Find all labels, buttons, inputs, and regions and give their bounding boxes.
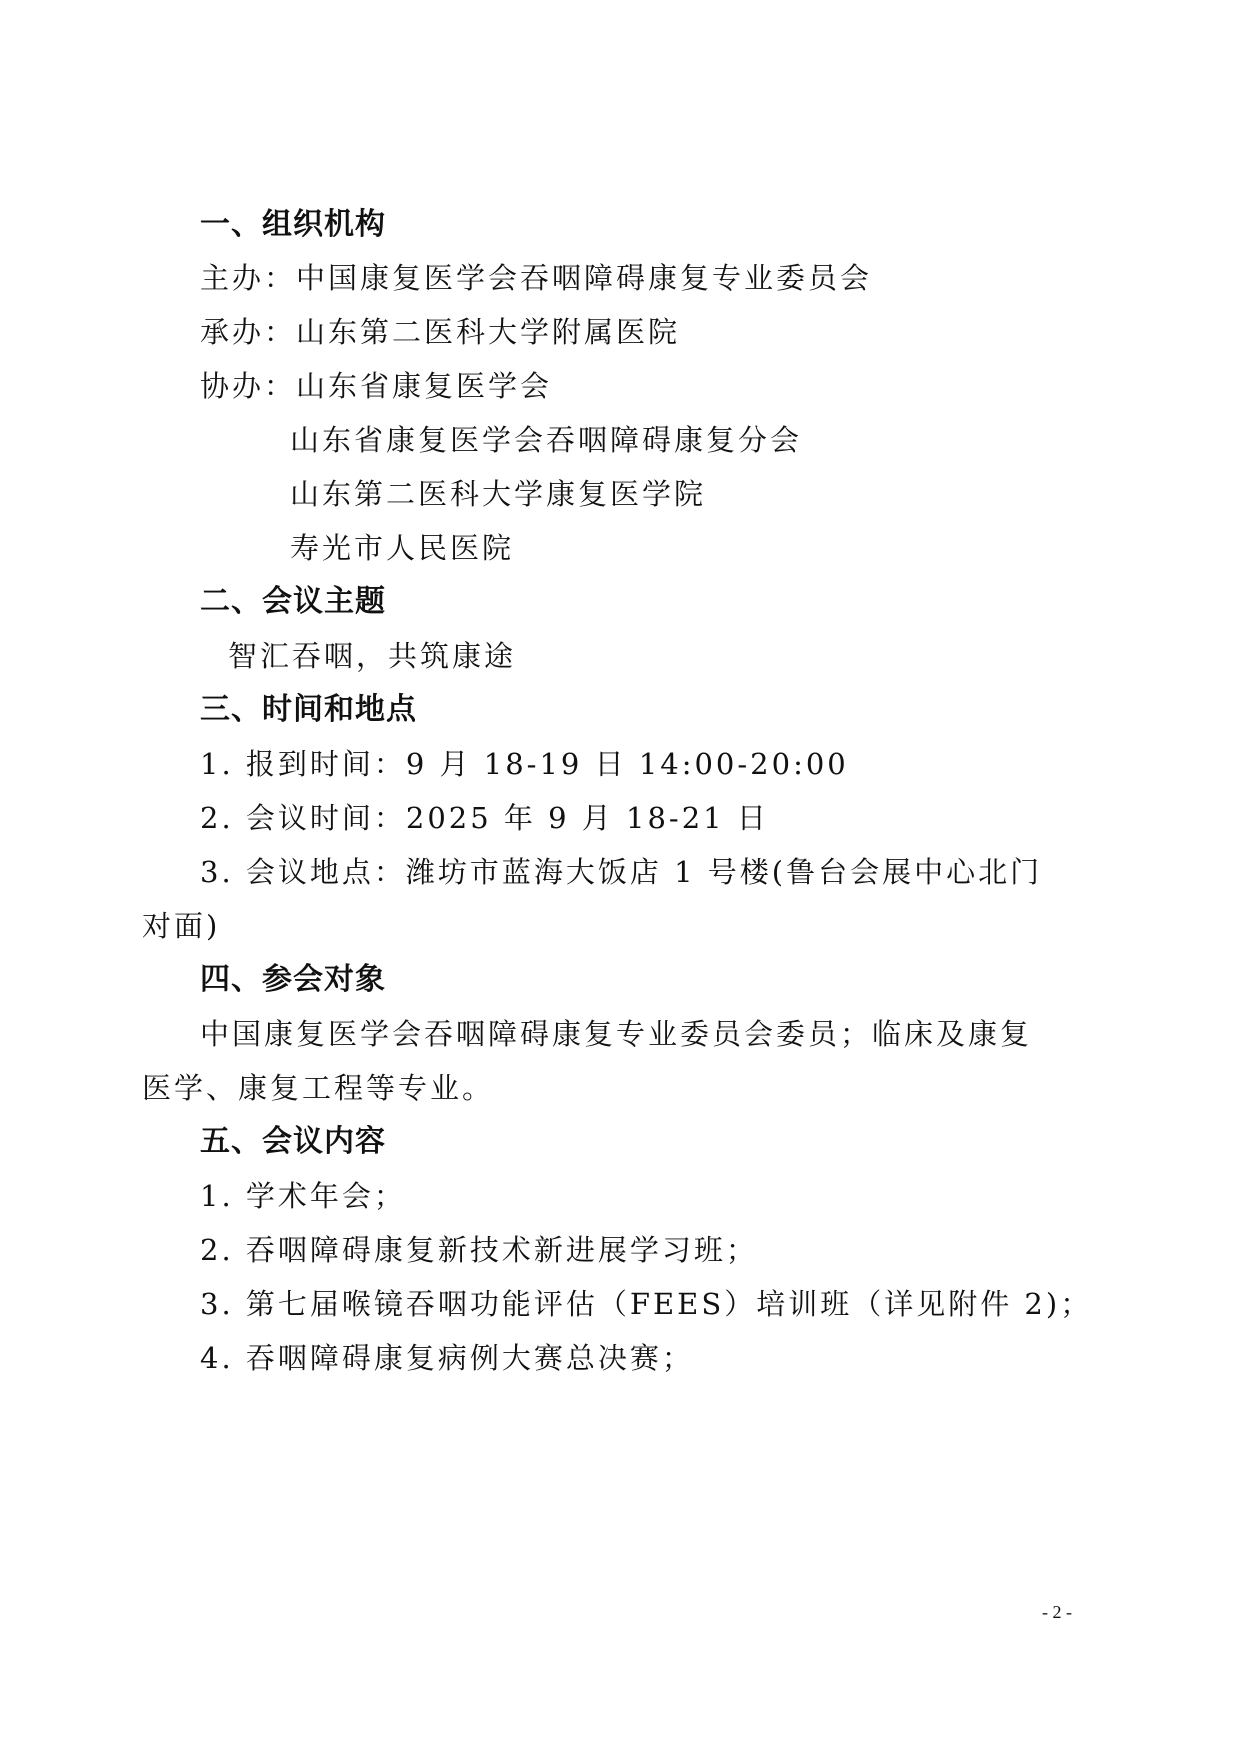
co-organizer-line: 山东第二医科大学康复医学院 xyxy=(290,474,706,514)
meeting-time: 2. 会议时间：2025 年 9 月 18-21 日 xyxy=(200,798,769,838)
meeting-venue: 3. 会议地点：潍坊市蓝海大饭店 1 号楼(鲁台会展中心北门 xyxy=(200,852,1042,892)
attendees-text-cont: 医学、康复工程等专业。 xyxy=(142,1068,494,1108)
attendees-text: 中国康复医学会吞咽障碍康复专业委员会委员；临床及康复 xyxy=(200,1014,1032,1054)
content-item: 4. 吞咽障碍康复病例大赛总决赛； xyxy=(200,1338,694,1378)
content-item: 2. 吞咽障碍康复新技术新进展学习班； xyxy=(200,1230,758,1270)
co-organizer-line: 寿光市人民医院 xyxy=(290,528,514,568)
section-heading-organization: 一、组织机构 xyxy=(200,205,386,245)
registration-time: 1. 报到时间：9 月 18-19 日 14:00-20:00 xyxy=(200,744,849,784)
content-item: 3. 第七届喉镜吞咽功能评估（FEES）培训班（详见附件 2)； xyxy=(200,1284,1092,1324)
co-organizer-line: 山东省康复医学会吞咽障碍康复分会 xyxy=(290,420,802,460)
co-organizer-line: 协办：山东省康复医学会 xyxy=(200,366,552,406)
section-heading-theme: 二、会议主题 xyxy=(200,582,386,622)
section-heading-attendees: 四、参会对象 xyxy=(200,960,386,1000)
section-heading-content: 五、会议内容 xyxy=(200,1122,386,1162)
section-heading-time-place: 三、时间和地点 xyxy=(200,690,417,730)
content-item: 1. 学术年会； xyxy=(200,1176,406,1216)
theme-text: 智汇吞咽，共筑康途 xyxy=(228,636,516,676)
page-number: - 2 - xyxy=(1042,1602,1072,1623)
host-line: 主办：中国康复医学会吞咽障碍康复专业委员会 xyxy=(200,258,872,298)
meeting-venue-cont: 对面) xyxy=(142,906,220,946)
organizer-line: 承办：山东第二医科大学附属医院 xyxy=(200,312,680,352)
